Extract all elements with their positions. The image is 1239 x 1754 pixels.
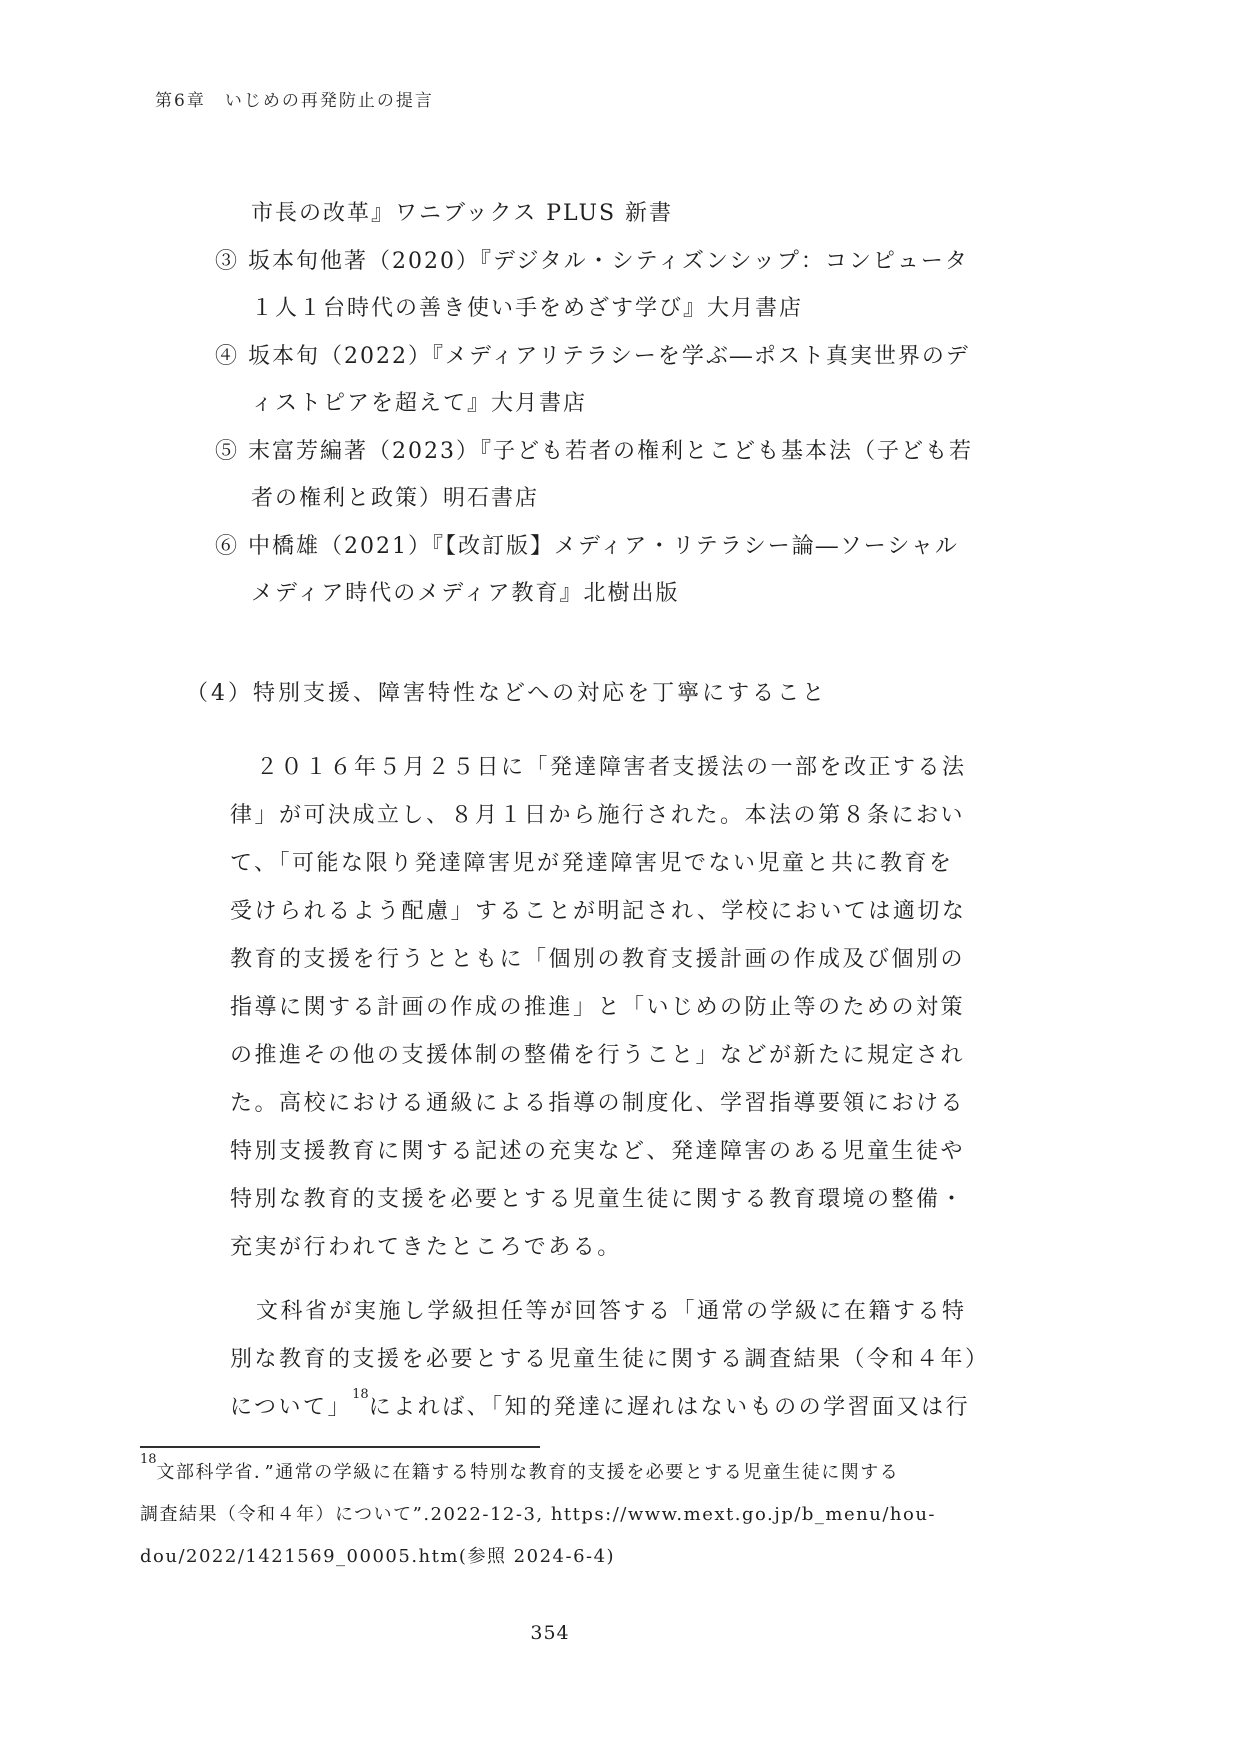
paragraph-line: ２０１６年５月２５日に「発達障害者支援法の一部を改正する法 bbox=[230, 744, 970, 792]
reference-line: ィストピアを超えて』大月書店 bbox=[215, 380, 960, 428]
reference-line: 者の権利と政策）明石書店 bbox=[215, 475, 960, 523]
paragraph-line: た。高校における通級による指導の制度化、学習指導要領における bbox=[230, 1080, 970, 1128]
footnote-text: 文部科学省．”通常の学級に在籍する特別な教育的支援を必要とする児童生徒に関する bbox=[157, 1462, 900, 1483]
paragraph-line: 指導に関する計画の作成の推進」と「いじめの防止等のための対策 bbox=[230, 984, 970, 1032]
paragraph-line: 特別支援教育に関する記述の充実など、発達障害のある児童生徒や bbox=[230, 1128, 970, 1176]
reference-list: 市長の改革』ワニブックス PLUS 新書 ③ 坂本旬他著（2020）『デジタル・… bbox=[215, 190, 960, 618]
body-paragraph: 文科省が実施し学級担任等が回答する「通常の学級に在籍する特 別な教育的支援を必要… bbox=[230, 1288, 970, 1432]
footnote-marker: 18 bbox=[140, 1452, 157, 1467]
reference-line: ④ 坂本旬（2022）『メディアリテラシーを学ぶ―ポスト真実世界のデ bbox=[215, 333, 960, 381]
section-heading: （4）特別支援、障害特性などへの対応を丁寧にすること bbox=[186, 676, 827, 707]
paragraph-line: 律」が可決成立し、８月１日から施行された。本法の第８条におい bbox=[230, 792, 970, 840]
reference-line: ⑤ 末富芳編著（2023）『子ども若者の権利とこども基本法（子ども若 bbox=[215, 428, 960, 476]
paragraph-text: について」 bbox=[230, 1395, 352, 1420]
paragraph-line: 充実が行われてきたところである。 bbox=[230, 1224, 970, 1272]
paragraph-line: 受けられるよう配慮」することが明記され、学校においては適切な bbox=[230, 888, 970, 936]
paragraph-text: によれば、「知的発達に遅れはないものの学習面又は行 bbox=[369, 1395, 971, 1420]
footnote-separator bbox=[140, 1446, 540, 1448]
document-page: 第6章 いじめの再発防止の提言 市長の改革』ワニブックス PLUS 新書 ③ 坂… bbox=[0, 0, 1239, 1754]
footnote-reference: 18 bbox=[352, 1387, 369, 1402]
reference-line: １人１台時代の善き使い手をめざす学び』大月書店 bbox=[215, 285, 960, 333]
paragraph-line: 特別な教育的支援を必要とする児童生徒に関する教育環境の整備・ bbox=[230, 1176, 970, 1224]
paragraph-line: について」18によれば、「知的発達に遅れはないものの学習面又は行 bbox=[230, 1384, 970, 1432]
paragraph-line: の推進その他の支援体制の整備を行うこと」などが新たに規定され bbox=[230, 1032, 970, 1080]
page-number: 354 bbox=[140, 1622, 960, 1644]
paragraph-line: 教育的支援を行うとともに「個別の教育支援計画の作成及び個別の bbox=[230, 936, 970, 984]
paragraph-line: 文科省が実施し学級担任等が回答する「通常の学級に在籍する特 bbox=[230, 1288, 970, 1336]
paragraph-line: 別な教育的支援を必要とする児童生徒に関する調査結果（令和４年） bbox=[230, 1336, 970, 1384]
reference-line: ③ 坂本旬他著（2020）『デジタル・シティズンシップ：コンピュータ bbox=[215, 238, 960, 286]
running-header: 第6章 いじめの再発防止の提言 bbox=[155, 86, 434, 111]
footnote-line: dou/2022/1421569_00005.htm(参照 2024-6-4) bbox=[140, 1536, 970, 1578]
body-paragraph: ２０１６年５月２５日に「発達障害者支援法の一部を改正する法 律」が可決成立し、８… bbox=[230, 744, 970, 1272]
paragraph-line: て、「可能な限り発達障害児が発達障害児でない児童と共に教育を bbox=[230, 840, 970, 888]
reference-line: メディア時代のメディア教育』北樹出版 bbox=[215, 570, 960, 618]
footnote-line: 調査結果（令和４年）について”.2022-12-3, https://www.m… bbox=[140, 1494, 970, 1536]
footnote-line: 18文部科学省．”通常の学級に在籍する特別な教育的支援を必要とする児童生徒に関す… bbox=[140, 1452, 970, 1494]
reference-line: 市長の改革』ワニブックス PLUS 新書 bbox=[215, 190, 960, 238]
footnote: 18文部科学省．”通常の学級に在籍する特別な教育的支援を必要とする児童生徒に関す… bbox=[140, 1452, 970, 1578]
reference-line: ⑥ 中橋雄（2021）『【改訂版】メディア・リテラシー論―ソーシャル bbox=[215, 523, 960, 571]
